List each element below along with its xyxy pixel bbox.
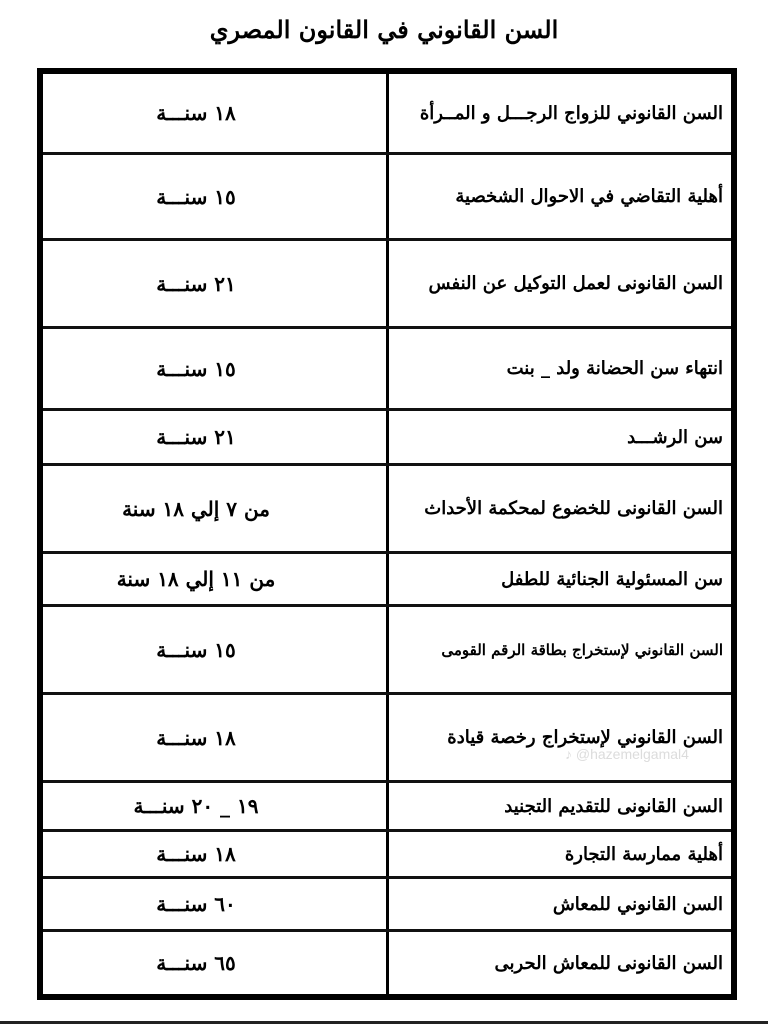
table-row: السن القانونى للمعاش الحربى ٦٥ سنـــة [43, 929, 731, 994]
table-row: السن القانونى للتقديم التجنيد ١٩ _ ٢٠ سن… [43, 780, 731, 829]
legal-age-table: السن القانوني للزواج الرجـــل و المــرأة… [37, 68, 737, 1000]
row-value: ١٥ سنـــة [43, 329, 389, 408]
row-value: ١٨ سنـــة [43, 695, 389, 780]
table-row: السن القانوني لإستخراج بطاقة الرقم القوم… [43, 604, 731, 692]
row-value: ٦٠ سنـــة [43, 879, 389, 929]
row-label: السن القانوني للزواج الرجـــل و المــرأة [389, 74, 731, 152]
row-value: من ١١ إلي ١٨ سنة [43, 554, 389, 604]
row-label: السن القانوني للمعاش [389, 879, 731, 929]
table-row: أهلية التقاضي في الاحوال الشخصية ١٥ سنــ… [43, 152, 731, 238]
row-value: ٦٥ سنـــة [43, 932, 389, 994]
row-value: ١٨ سنـــة [43, 74, 389, 152]
table-row: انتهاء سن الحضانة ولد _ بنت ١٥ سنـــة [43, 326, 731, 408]
table-row: السن القانوني لإستخراج رخصة قيادة ١٨ سنـ… [43, 692, 731, 780]
page-title: السن القانوني في القانون المصري [0, 8, 768, 52]
row-label: السن القانونى للمعاش الحربى [389, 932, 731, 994]
row-label: السن القانوني لإستخراج بطاقة الرقم القوم… [389, 607, 731, 692]
table-row: سن المسئولية الجنائية للطفل من ١١ إلي ١٨… [43, 551, 731, 604]
row-value: ٢١ سنـــة [43, 241, 389, 326]
row-label: سن المسئولية الجنائية للطفل [389, 554, 731, 604]
table-row: السن القانونى للخضوع لمحكمة الأحداث من ٧… [43, 463, 731, 551]
table-row: السن القانوني للمعاش ٦٠ سنـــة [43, 876, 731, 929]
table-row: سن الرشـــد ٢١ سنـــة [43, 408, 731, 463]
row-value: من ٧ إلي ١٨ سنة [43, 466, 389, 551]
row-value: ١٩ _ ٢٠ سنـــة [43, 783, 389, 829]
table-row: السن القانونى لعمل التوكيل عن النفس ٢١ س… [43, 238, 731, 326]
row-label: انتهاء سن الحضانة ولد _ بنت [389, 329, 731, 408]
row-label: أهلية التقاضي في الاحوال الشخصية [389, 155, 731, 238]
row-label: السن القانونى للتقديم التجنيد [389, 783, 731, 829]
row-value: ١٨ سنـــة [43, 832, 389, 876]
tiktok-watermark: ♪ @hazemelgamal4 [565, 746, 689, 762]
row-label: السن القانونى لعمل التوكيل عن النفس [389, 241, 731, 326]
row-label: السن القانوني لإستخراج رخصة قيادة [389, 695, 731, 780]
row-label: السن القانونى للخضوع لمحكمة الأحداث [389, 466, 731, 551]
table-row: أهلية ممارسة التجارة ١٨ سنـــة [43, 829, 731, 876]
row-value: ٢١ سنـــة [43, 411, 389, 463]
row-value: ١٥ سنـــة [43, 607, 389, 692]
row-label: سن الرشـــد [389, 411, 731, 463]
table-row: السن القانوني للزواج الرجـــل و المــرأة… [43, 74, 731, 152]
row-value: ١٥ سنـــة [43, 155, 389, 238]
row-label: أهلية ممارسة التجارة [389, 832, 731, 876]
